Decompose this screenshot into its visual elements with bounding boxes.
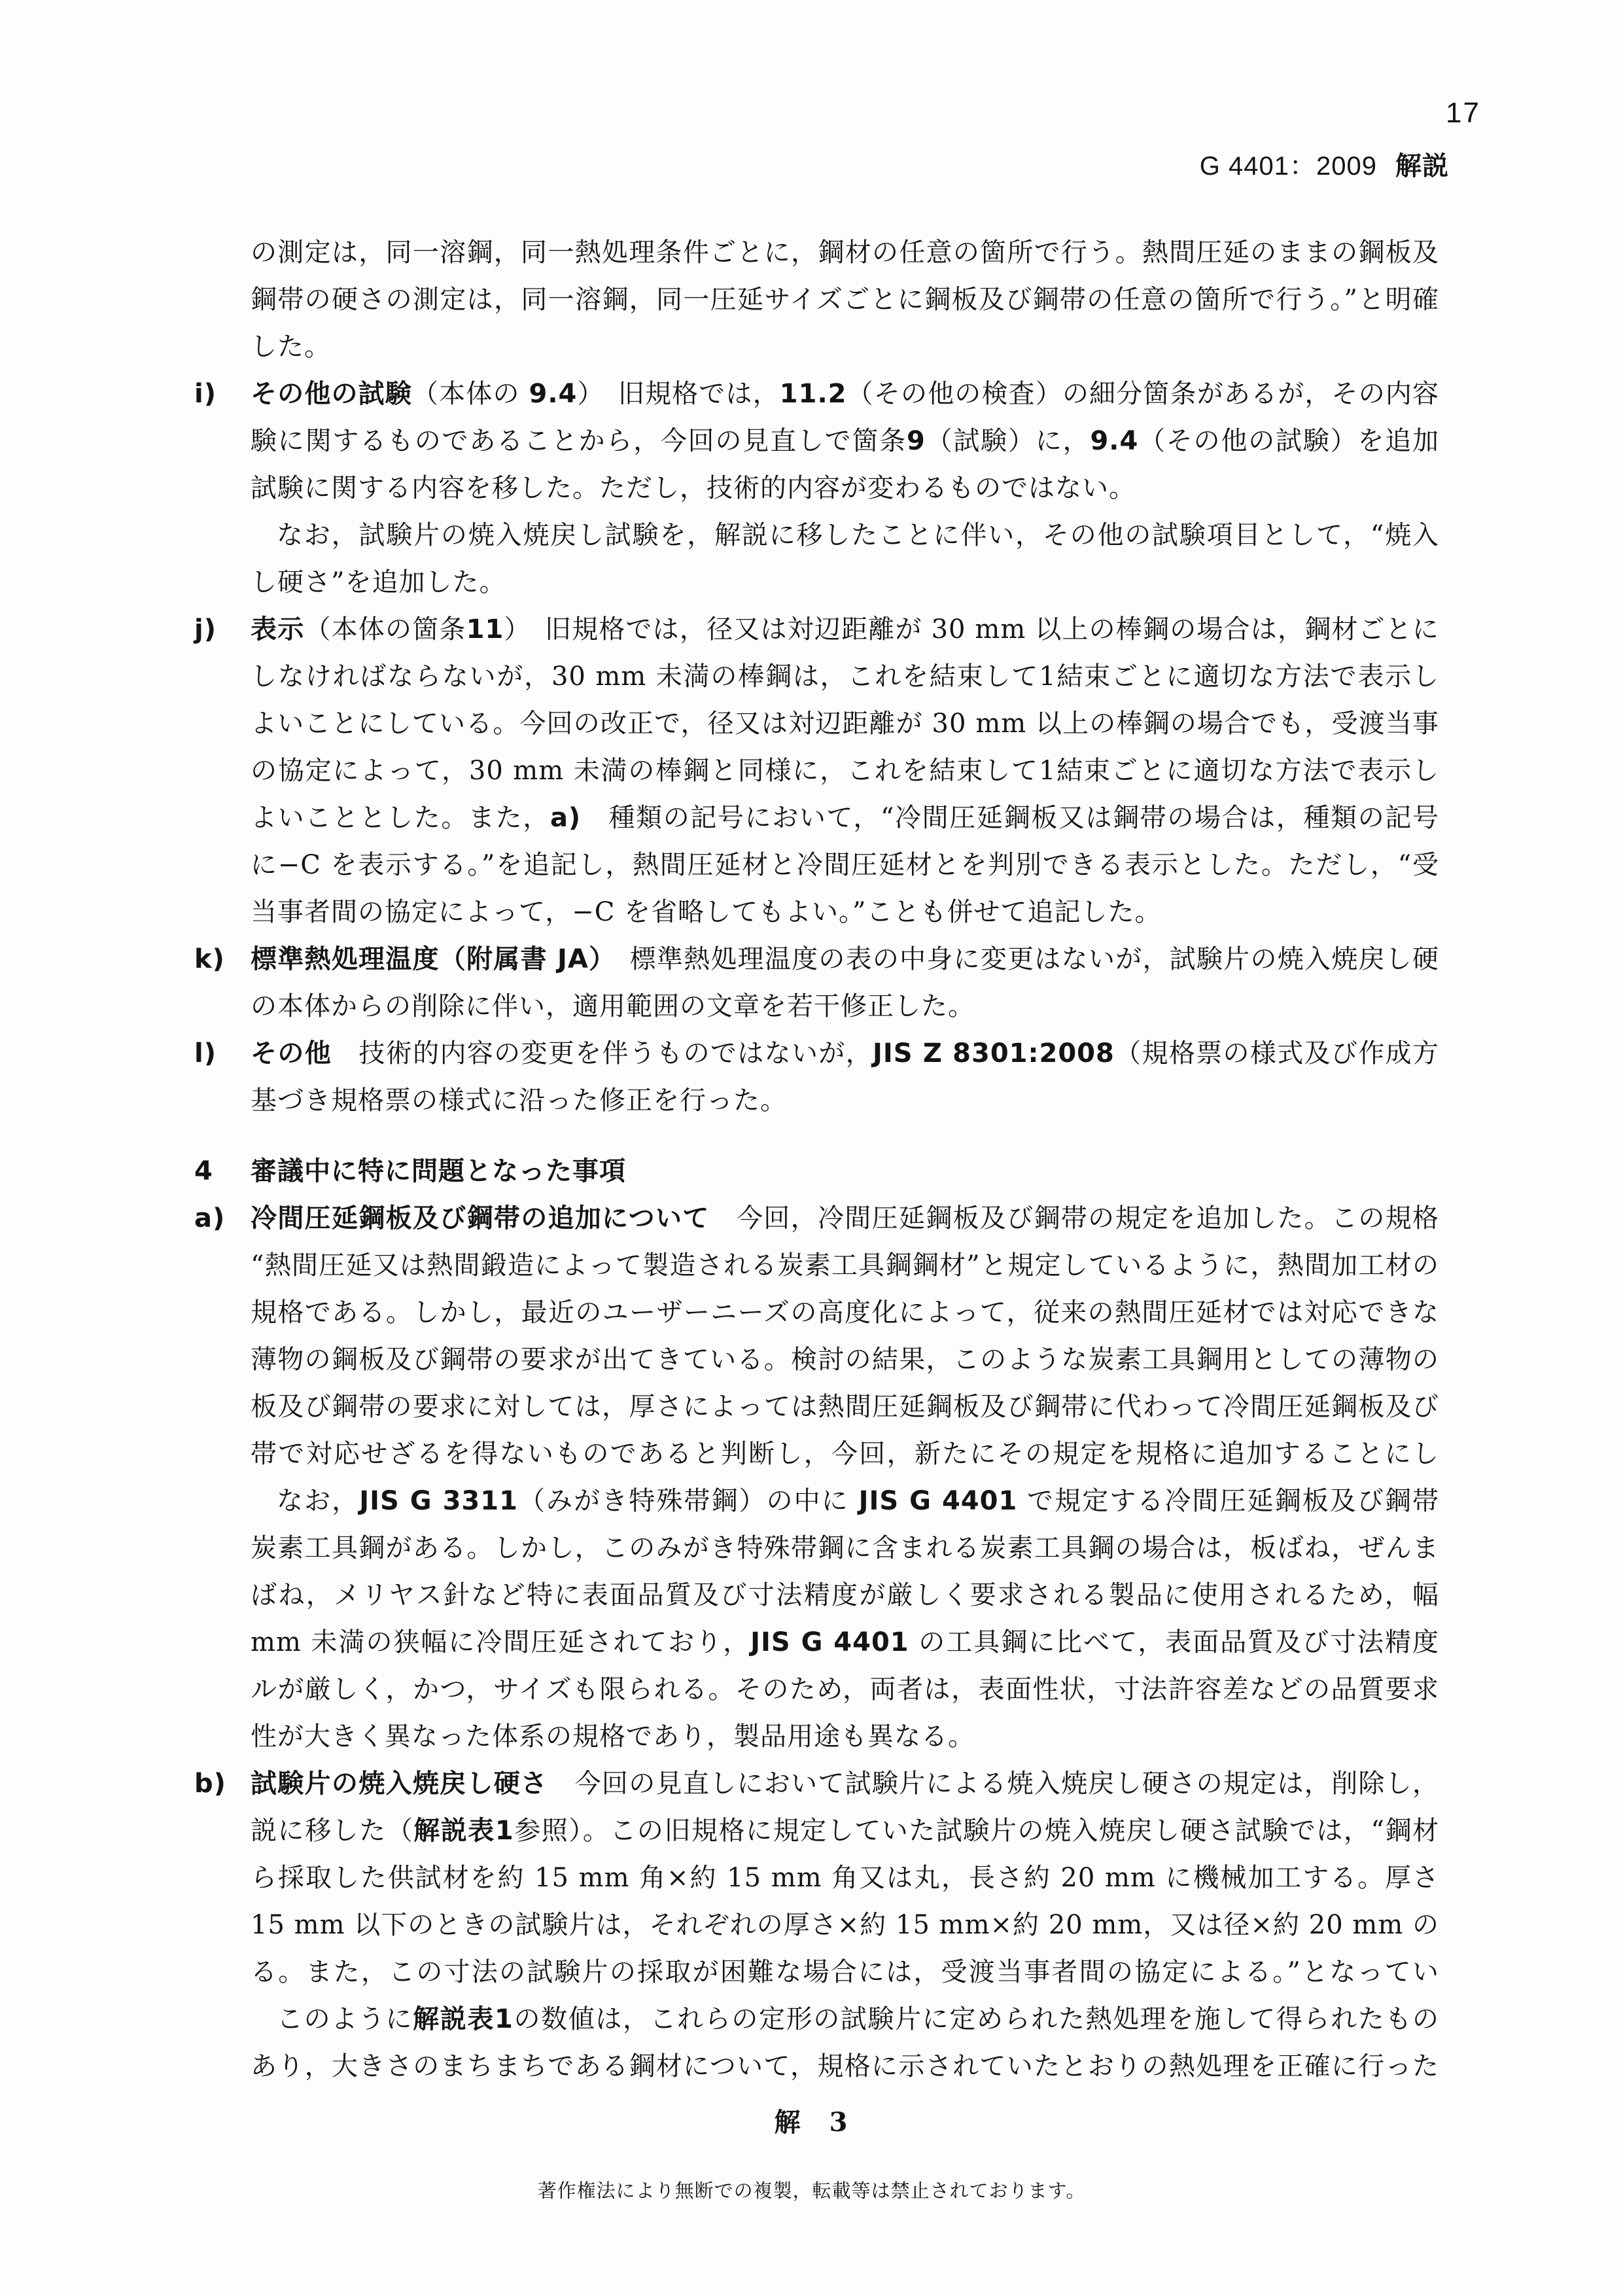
text-line: よいこととした。また，a) 種類の記号において，“冷間圧延鋼板又は鋼帯の場合は，… — [251, 794, 1439, 841]
item-j: j)表示（本体の箇条11） 旧規格では，径又は対辺距離が 30 mm 以上の棒鋼… — [251, 606, 1439, 936]
text-line: mm 未満の狭幅に冷間圧延されており，JIS G 4401 の工具鋼に比べて，表… — [251, 1619, 1439, 1666]
body-text: 炭素工具鋼がある。しかし，このみがき特殊帯鋼に含まれる炭素工具鋼の場合は，板ばね… — [251, 1533, 1439, 1572]
text-line: このように解説表1の数値は，これらの定形の試験片に定められた熱処理を施して得られ… — [251, 1996, 1439, 2043]
item-label: l) — [194, 1030, 247, 1077]
body-text: （みがき特殊帯鋼）の中に — [518, 1486, 859, 1516]
emphasized-text: 冷間圧延鋼板及び鋼帯の追加について — [251, 1203, 710, 1233]
emphasized-text: 解説表1 — [413, 1816, 514, 1846]
content-blocks: の測定は，同一溶鋼，同一熱処理条件ごとに，鋼材の任意の箇所で行う。熱間圧延のまま… — [251, 229, 1439, 2090]
item-label: i) — [194, 370, 247, 417]
body-text: 規格である。しかし，最近のユーザーニーズの高度化によって，従来の熱間圧延材では対… — [251, 1298, 1439, 1336]
body-text: に−C を表示する。”を追記し，熱間圧延材と冷間圧延材とを判別できる表示とした。… — [251, 850, 1439, 889]
body-text: ） 旧規格では， — [577, 379, 779, 409]
text-line: ら採取した供試材を約 15 mm 角×約 15 mm 角又は丸，長さ約 20 m… — [251, 1854, 1439, 1901]
text-line: 規格である。しかし，最近のユーザーニーズの高度化によって，従来の熱間圧延材では対… — [251, 1289, 1439, 1336]
body-text: このように — [277, 2004, 413, 2034]
text-line: 試験に関する内容を移した。ただし，技術的内容が変わるものではない。 — [251, 465, 1439, 512]
text-line: る。また，この寸法の試験片の採取が困難な場合には，受渡当事者間の協定による。”と… — [251, 1949, 1439, 1996]
body-text: 鋼帯の硬さの測定は，同一溶鋼，同一圧延サイズごとに鋼板及び鋼帯の任意の箇所で行う… — [251, 285, 1439, 323]
document-reference-code: G 4401：2009 — [1200, 152, 1377, 181]
emphasized-text: JIS Z 8301:2008 — [873, 1038, 1115, 1069]
body-text: 板及び鋼帯の要求に対しては，厚さによっては熱間圧延鋼板及び鋼帯に代わって冷間圧延… — [251, 1392, 1439, 1430]
text-line: 試験片の焼入焼戻し硬さ 今回の見直しにおいて試験片による焼入焼戻し硬さの規定は，… — [251, 1760, 1439, 1807]
emphasized-text: 9.4 — [1090, 426, 1138, 456]
text-line: 説に移した（解説表1参照）。この旧規格に規定していた試験片の焼入焼戻し硬さ試験で… — [251, 1807, 1439, 1854]
text-line: ばね，メリヤス針など特に表面品質及び寸法精度が厳しく要求される製品に使用されるた… — [251, 1572, 1439, 1619]
emphasized-text: 試験片の焼入焼戻し硬さ — [251, 1769, 548, 1799]
item-a: a)冷間圧延鋼板及び鋼帯の追加について 今回，冷間圧延鋼板及び鋼帯の規定を追加し… — [251, 1195, 1439, 1760]
item-i: i)その他の試験（本体の 9.4） 旧規格では，11.2（その他の検査）の細分箇… — [251, 370, 1439, 606]
emphasized-text: 9.4 — [529, 379, 577, 409]
emphasized-text: 解説表1 — [413, 2004, 514, 2034]
body-text: 験に関するものであることから，今回の見直しで箇条 — [251, 426, 907, 456]
footer-page-label: 解 3 — [0, 2102, 1623, 2139]
text-line: 当事者間の協定によって，−C を省略してもよい。”ことも併せて追記した。 — [251, 889, 1439, 936]
body-text: の測定は，同一溶鋼，同一熱処理条件ごとに，鋼材の任意の箇所で行う。熱間圧延のまま… — [251, 238, 1439, 276]
text-line: 性が大きく異なった体系の規格であり，製品用途も異なる。 — [251, 1713, 1439, 1760]
section-4-heading: 4審議中に特に問題となった事項 — [251, 1148, 1439, 1195]
page-number: 17 — [1446, 97, 1480, 130]
text-line: 炭素工具鋼がある。しかし，このみがき特殊帯鋼に含まれる炭素工具鋼の場合は，板ばね… — [251, 1525, 1439, 1572]
body-text: mm 未満の狭幅に冷間圧延されており， — [251, 1627, 750, 1657]
text-line: 薄物の鋼板及び鋼帯の要求が出てきている。検討の結果，このような炭素工具鋼用として… — [251, 1336, 1439, 1383]
body-text: 試験に関する内容を移した。ただし，技術的内容が変わるものではない。 — [251, 473, 1136, 503]
body-text: し硬さ”を追加した。 — [251, 567, 506, 597]
body-text: ルが厳しく，かつ，サイズも限られる。そのため，両者は，表面性状，寸法許容差などの… — [251, 1674, 1439, 1713]
item-label: j) — [194, 606, 247, 653]
emphasized-text: a) — [550, 803, 581, 833]
body-text: 15 mm 以下のときの試験片は，それぞれの厚さ×約 15 mm×約 20 mm… — [251, 1910, 1439, 1949]
body-text: ばね，メリヤス針など特に表面品質及び寸法精度が厳しく要求される製品に使用されるた… — [251, 1580, 1439, 1619]
text-line: の測定は，同一溶鋼，同一熱処理条件ごとに，鋼材の任意の箇所で行う。熱間圧延のまま… — [251, 229, 1439, 276]
text-line: 験に関するものであることから，今回の見直しで箇条9（試験）に，9.4（その他の試… — [251, 417, 1439, 465]
footer-copyright-notice: 著作権法により無断での複製，転載等は禁止されております。 — [0, 2176, 1623, 2203]
body-text: 基づき規格票の様式に沿った修正を行った。 — [251, 1086, 787, 1116]
body-text: 当事者間の協定によって，−C を省略してもよい。”ことも併せて追記した。 — [251, 897, 1161, 927]
document-reference: G 4401：2009解説 — [1200, 145, 1449, 183]
text-line: 15 mm 以下のときの試験片は，それぞれの厚さ×約 15 mm×約 20 mm… — [251, 1901, 1439, 1949]
body-text: る。また，この寸法の試験片の採取が困難な場合には，受渡当事者間の協定による。”と… — [251, 1957, 1439, 1996]
emphasized-text: 標準熱処理温度（附属書 JA） — [251, 944, 602, 974]
text-line: 鋼帯の硬さの測定は，同一溶鋼，同一圧延サイズごとに鋼板及び鋼帯の任意の箇所で行う… — [251, 276, 1439, 323]
text-line: しなければならないが，30 mm 未満の棒鋼は，これを結束して1結束ごとに適切な… — [251, 653, 1439, 700]
text-line: 基づき規格票の様式に沿った修正を行った。 — [251, 1077, 1439, 1124]
heading-text: 審議中に特に問題となった事項 — [251, 1148, 1439, 1195]
text-line: に−C を表示する。”を追記し，熱間圧延材と冷間圧延材とを判別できる表示とした。… — [251, 841, 1439, 889]
text-line: の協定によって，30 mm 未満の棒鋼と同様に，これを結束して1結束ごとに適切な… — [251, 747, 1439, 794]
item-l: l)その他 技術的内容の変更を伴うものではないが，JIS Z 8301:2008… — [251, 1030, 1439, 1124]
body-text: 帯で対応せざるを得ないものであると判断し，今回，新たにその規定を規格に追加するこ… — [251, 1439, 1439, 1477]
text-line: あり，大きさのまちまちである鋼材について，規格に示されていたとおりの熱処理を正確… — [251, 2043, 1439, 2090]
text-line: その他 技術的内容の変更を伴うものではないが，JIS Z 8301:2008（規… — [251, 1030, 1439, 1077]
text-line: 表示（本体の箇条11） 旧規格では，径又は対辺距離が 30 mm 以上の棒鋼の場… — [251, 606, 1439, 653]
text-line: の本体からの削除に伴い，適用範囲の文章を若干修正した。 — [251, 983, 1439, 1030]
body-text: 性が大きく異なった体系の規格であり，製品用途も異なる。 — [251, 1722, 975, 1752]
body-text: の協定によって，30 mm 未満の棒鋼と同様に，これを結束して1結束ごとに適切な… — [251, 756, 1439, 794]
item-label: 4 — [194, 1148, 247, 1195]
body-text: した。 — [251, 332, 331, 362]
body-text: しなければならないが，30 mm 未満の棒鋼は，これを結束して1結束ごとに適切な… — [251, 662, 1439, 700]
body-text: “熱間圧延又は熱間鍛造によって製造される炭素工具鋼鋼材”と規定しているように，熱… — [251, 1250, 1439, 1280]
text-line: し硬さ”を追加した。 — [251, 559, 1439, 606]
emphasized-text: その他 — [251, 1038, 332, 1069]
text-line: なお，試験片の焼入焼戻し試験を，解説に移したことに伴い，その他の試験項目として，… — [251, 512, 1439, 559]
text-line: ルが厳しく，かつ，サイズも限られる。そのため，両者は，表面性状，寸法許容差などの… — [251, 1666, 1439, 1713]
item-label: b) — [194, 1760, 247, 1807]
body-text: ら採取した供試材を約 15 mm 角×約 15 mm 角又は丸，長さ約 20 m… — [251, 1863, 1439, 1901]
document-reference-suffix: 解説 — [1395, 152, 1449, 181]
body-text: の本体からの削除に伴い，適用範囲の文章を若干修正した。 — [251, 991, 975, 1021]
text-line: なお，JIS G 3311（みがき特殊帯鋼）の中に JIS G 4401 で規定… — [251, 1477, 1439, 1525]
body-text: あり，大きさのまちまちである鋼材について，規格に示されていたとおりの熱処理を正確… — [251, 2051, 1439, 2090]
text-line: 帯で対応せざるを得ないものであると判断し，今回，新たにその規定を規格に追加するこ… — [251, 1430, 1439, 1477]
item-k: k)標準熱処理温度（附属書 JA） 標準熱処理温度の表の中身に変更はないが，試験… — [251, 936, 1439, 1030]
emphasized-text: JIS G 4401 — [750, 1627, 909, 1657]
body-text: よいこととした。また， — [251, 803, 550, 833]
item-b: b)試験片の焼入焼戻し硬さ 今回の見直しにおいて試験片による焼入焼戻し硬さの規定… — [251, 1760, 1439, 2090]
emphasized-text: 11 — [466, 614, 504, 645]
item-label: a) — [194, 1195, 247, 1242]
body-text: （試験）に， — [926, 426, 1091, 456]
emphasized-text: 表示 — [251, 614, 304, 645]
text-line: した。 — [251, 323, 1439, 370]
body-text: （本体の — [412, 379, 529, 409]
emphasized-text: その他の試験 — [251, 379, 412, 409]
body-text: （本体の箇条 — [304, 614, 466, 645]
emphasized-text: JIS G 3311 — [359, 1486, 518, 1516]
body-text: 薄物の鋼板及び鋼帯の要求が出てきている。検討の結果，このような炭素工具鋼用として… — [251, 1345, 1439, 1383]
text-line: 標準熱処理温度（附属書 JA） 標準熱処理温度の表の中身に変更はないが，試験片の… — [251, 936, 1439, 983]
text-line: “熱間圧延又は熱間鍛造によって製造される炭素工具鋼鋼材”と規定しているように，熱… — [251, 1242, 1439, 1289]
body-text: 説に移した（ — [251, 1816, 413, 1846]
emphasized-text: JIS G 4401 — [859, 1486, 1018, 1516]
text-line: 板及び鋼帯の要求に対しては，厚さによっては熱間圧延鋼板及び鋼帯に代わって冷間圧延… — [251, 1383, 1439, 1430]
emphasized-text: 9 — [907, 426, 926, 456]
body-text: なお，試験片の焼入焼戻し試験を，解説に移したことに伴い，その他の試験項目として，… — [277, 520, 1439, 559]
body-text: よいことにしている。今回の改正で，径又は対辺距離が 30 mm 以上の棒鋼の場合… — [251, 709, 1439, 747]
document-page: 17 G 4401：2009解説 の測定は，同一溶鋼，同一熱処理条件ごとに，鋼材… — [0, 0, 1623, 2296]
item-label: k) — [194, 936, 247, 983]
body-text: なお， — [277, 1486, 359, 1516]
text-line: 冷間圧延鋼板及び鋼帯の追加について 今回，冷間圧延鋼板及び鋼帯の規定を追加した。… — [251, 1195, 1439, 1242]
para-continuation: の測定は，同一溶鋼，同一熱処理条件ごとに，鋼材の任意の箇所で行う。熱間圧延のまま… — [251, 229, 1439, 370]
text-line: その他の試験（本体の 9.4） 旧規格では，11.2（その他の検査）の細分箇条が… — [251, 370, 1439, 417]
text-line: よいことにしている。今回の改正で，径又は対辺距離が 30 mm 以上の棒鋼の場合… — [251, 700, 1439, 747]
body-text: 技術的内容の変更を伴うものではないが， — [332, 1038, 873, 1069]
emphasized-text: 11.2 — [780, 379, 847, 409]
